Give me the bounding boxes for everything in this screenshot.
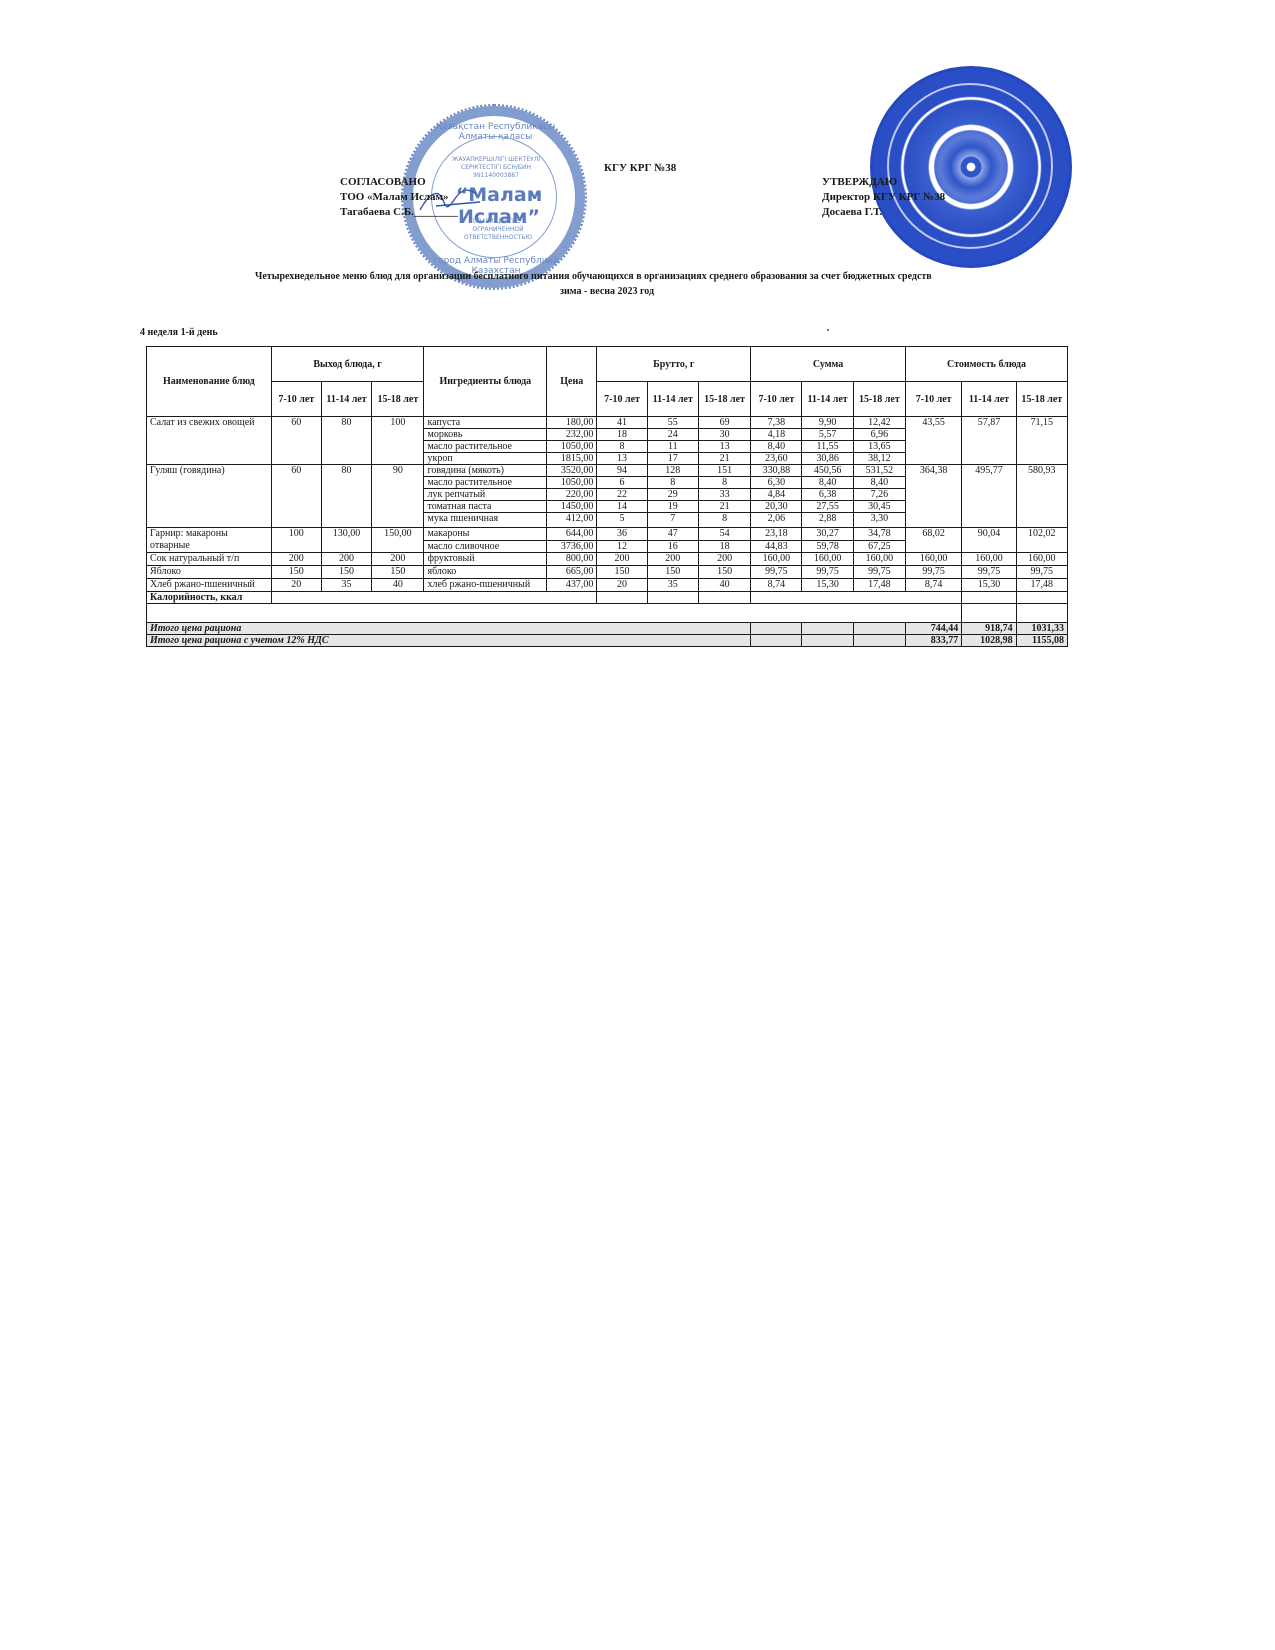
header-gross: Брутто, г bbox=[597, 347, 751, 382]
total-blank bbox=[853, 623, 905, 635]
ingredient-gross: 12 bbox=[597, 540, 647, 553]
ingredient-name: морковь bbox=[424, 429, 547, 441]
ingredient-sum: 34,78 bbox=[853, 528, 905, 541]
ingredient-gross: 24 bbox=[647, 429, 698, 441]
ingredient-sum: 99,75 bbox=[751, 566, 802, 579]
dish-cost: 8,74 bbox=[906, 579, 962, 592]
ingredient-gross: 150 bbox=[597, 566, 647, 579]
table-row: Яблоко150150150яблоко665,0015015015099,7… bbox=[147, 566, 1068, 579]
week-day-label: 4 неделя 1-й день bbox=[140, 327, 218, 338]
ingredient-gross: 40 bbox=[698, 579, 750, 592]
calories-gross-cell bbox=[597, 592, 647, 604]
ingredient-sum: 2,06 bbox=[751, 513, 802, 528]
ingredient-gross: 7 bbox=[647, 513, 698, 528]
ingredient-gross: 6 bbox=[597, 477, 647, 489]
total-value: 1028,98 bbox=[962, 635, 1016, 647]
dish-output: 200 bbox=[271, 553, 321, 566]
spacer-row bbox=[147, 604, 1068, 623]
dish-output: 35 bbox=[321, 579, 371, 592]
ingredient-sum: 99,75 bbox=[853, 566, 905, 579]
dish-output: 100 bbox=[271, 528, 321, 553]
ingredient-sum: 6,96 bbox=[853, 429, 905, 441]
dish-cost: 90,04 bbox=[962, 528, 1016, 553]
ingredient-sum: 23,18 bbox=[751, 528, 802, 541]
dish-cost: 68,02 bbox=[906, 528, 962, 553]
ingredient-name: капуста bbox=[424, 417, 547, 429]
dish-name: Сок натуральный т/п bbox=[147, 553, 272, 566]
ingredient-name: томатная паста bbox=[424, 501, 547, 513]
ingredient-sum: 160,00 bbox=[802, 553, 853, 566]
ingredient-gross: 13 bbox=[597, 453, 647, 465]
ingredient-gross: 33 bbox=[698, 489, 750, 501]
ingredient-gross: 14 bbox=[597, 501, 647, 513]
ingredient-sum: 30,45 bbox=[853, 501, 905, 513]
ingredient-name: масло сливочное bbox=[424, 540, 547, 553]
ingredient-sum: 8,40 bbox=[802, 477, 853, 489]
dish-cost: 15,30 bbox=[962, 579, 1016, 592]
ingredient-name: хлеб ржано-пшеничный bbox=[424, 579, 547, 592]
ingredient-sum: 15,30 bbox=[802, 579, 853, 592]
table-row: Салат из свежих овощей6080100капуста180,… bbox=[147, 417, 1068, 429]
header-sum: Сумма bbox=[751, 347, 906, 382]
total-value: 918,74 bbox=[962, 623, 1016, 635]
ingredient-sum: 450,56 bbox=[802, 465, 853, 477]
ingredient-gross: 8 bbox=[597, 441, 647, 453]
dish-output: 150 bbox=[372, 566, 424, 579]
ingredient-price: 665,00 bbox=[547, 566, 597, 579]
ingredient-sum: 160,00 bbox=[751, 553, 802, 566]
ingredient-sum: 17,48 bbox=[853, 579, 905, 592]
ingredient-sum: 7,38 bbox=[751, 417, 802, 429]
ingredient-sum: 4,18 bbox=[751, 429, 802, 441]
scan-speck bbox=[827, 329, 829, 331]
ingredient-name: яблоко bbox=[424, 566, 547, 579]
header-output: Выход блюда, г bbox=[271, 347, 424, 382]
ingredient-price: 232,00 bbox=[547, 429, 597, 441]
ingredient-gross: 150 bbox=[647, 566, 698, 579]
header-age: 7-10 лет bbox=[271, 382, 321, 417]
ingredient-gross: 150 bbox=[698, 566, 750, 579]
ingredient-price: 437,00 bbox=[547, 579, 597, 592]
ingredient-gross: 200 bbox=[647, 553, 698, 566]
total-blank bbox=[751, 635, 802, 647]
document-subtitle: зима - весна 2023 год bbox=[560, 286, 654, 297]
ingredient-gross: 8 bbox=[698, 513, 750, 528]
dish-output: 80 bbox=[321, 465, 371, 528]
ingredient-gross: 41 bbox=[597, 417, 647, 429]
ingredient-gross: 13 bbox=[698, 441, 750, 453]
total-label: Итого цена рациона bbox=[147, 623, 751, 635]
ingredient-sum: 30,86 bbox=[802, 453, 853, 465]
ingredient-gross: 21 bbox=[698, 501, 750, 513]
ingredient-gross: 151 bbox=[698, 465, 750, 477]
total-blank bbox=[853, 635, 905, 647]
agreed-org: ТОО «Малам Ислам» bbox=[340, 190, 458, 205]
header-age: 7-10 лет bbox=[597, 382, 647, 417]
header-cost: Стоимость блюда bbox=[906, 347, 1068, 382]
approved-person: Досаева Г.Т. bbox=[822, 205, 945, 220]
dish-output: 60 bbox=[271, 417, 321, 465]
ingredient-price: 644,00 bbox=[547, 528, 597, 541]
ingredient-price: 1050,00 bbox=[547, 441, 597, 453]
ingredient-sum: 38,12 bbox=[853, 453, 905, 465]
ingredient-sum: 99,75 bbox=[802, 566, 853, 579]
ingredient-sum: 5,57 bbox=[802, 429, 853, 441]
dish-cost: 102,02 bbox=[1016, 528, 1067, 553]
ingredient-gross: 128 bbox=[647, 465, 698, 477]
ingredient-name: мука пшеничная bbox=[424, 513, 547, 528]
ingredient-sum: 3,30 bbox=[853, 513, 905, 528]
dish-name: Салат из свежих овощей bbox=[147, 417, 272, 465]
ingredient-sum: 13,65 bbox=[853, 441, 905, 453]
calories-cost-cell bbox=[1016, 592, 1067, 604]
ingredient-name: говядина (мякоть) bbox=[424, 465, 547, 477]
dish-cost: 160,00 bbox=[906, 553, 962, 566]
ingredient-name: укроп bbox=[424, 453, 547, 465]
agreed-person: Тагабаева С.Б.________ bbox=[340, 205, 458, 220]
table-row: Гарнир: макароны отварные100130,00150,00… bbox=[147, 528, 1068, 541]
dish-cost: 17,48 bbox=[1016, 579, 1067, 592]
ingredient-price: 1050,00 bbox=[547, 477, 597, 489]
calories-row: Калорийность, ккал bbox=[147, 592, 1068, 604]
ingredient-price: 180,00 bbox=[547, 417, 597, 429]
ingredient-sum: 27,55 bbox=[802, 501, 853, 513]
header-age: 11-14 лет bbox=[647, 382, 698, 417]
ingredient-name: фруктовый bbox=[424, 553, 547, 566]
header-age: 15-18 лет bbox=[853, 382, 905, 417]
approved-label: УТВЕРЖДАЮ bbox=[822, 175, 945, 190]
header-age: 7-10 лет bbox=[751, 382, 802, 417]
age-header-row: 7-10 лет11-14 лет15-18 лет7-10 лет11-14 … bbox=[147, 382, 1068, 417]
dish-output: 200 bbox=[321, 553, 371, 566]
ingredient-gross: 94 bbox=[597, 465, 647, 477]
dish-cost: 99,75 bbox=[1016, 566, 1067, 579]
ingredient-gross: 18 bbox=[597, 429, 647, 441]
ingredient-name: лук репчатый bbox=[424, 489, 547, 501]
school-name: КГУ КРГ №38 bbox=[604, 161, 676, 176]
calories-gross-cell bbox=[647, 592, 698, 604]
calories-cost-cell bbox=[962, 592, 1016, 604]
dish-name: Хлеб ржано-пшеничный bbox=[147, 579, 272, 592]
total-value: 744,44 bbox=[906, 623, 962, 635]
ingredient-sum: 4,84 bbox=[751, 489, 802, 501]
dish-cost: 580,93 bbox=[1016, 465, 1067, 528]
total-value: 1155,08 bbox=[1016, 635, 1067, 647]
calories-blank bbox=[271, 592, 597, 604]
dish-output: 40 bbox=[372, 579, 424, 592]
total-row: Итого цена рациона с учетом 12% НДС833,7… bbox=[147, 635, 1068, 647]
ingredient-sum: 7,26 bbox=[853, 489, 905, 501]
ingredient-sum: 531,52 bbox=[853, 465, 905, 477]
dish-output: 60 bbox=[271, 465, 321, 528]
total-blank bbox=[802, 635, 853, 647]
total-label: Итого цена рациона с учетом 12% НДС bbox=[147, 635, 751, 647]
spacer-cell bbox=[1016, 604, 1067, 623]
calories-label: Калорийность, ккал bbox=[147, 592, 272, 604]
ingredient-name: масло растительное bbox=[424, 441, 547, 453]
ingredient-sum: 9,90 bbox=[802, 417, 853, 429]
ingredient-gross: 30 bbox=[698, 429, 750, 441]
approval-left-block: СОГЛАСОВАНО ТОО «Малам Ислам» Тагабаева … bbox=[340, 175, 458, 220]
dish-cost: 57,87 bbox=[962, 417, 1016, 465]
ingredient-sum: 12,42 bbox=[853, 417, 905, 429]
menu-table: Наименование блюд Выход блюда, г Ингреди… bbox=[146, 346, 1068, 647]
ingredient-sum: 67,25 bbox=[853, 540, 905, 553]
dish-output: 200 bbox=[372, 553, 424, 566]
dish-output: 150 bbox=[271, 566, 321, 579]
ingredient-gross: 69 bbox=[698, 417, 750, 429]
dish-cost: 495,77 bbox=[962, 465, 1016, 528]
header-age: 15-18 лет bbox=[1016, 382, 1067, 417]
ingredient-gross: 17 bbox=[647, 453, 698, 465]
ingredient-gross: 29 bbox=[647, 489, 698, 501]
ingredient-gross: 19 bbox=[647, 501, 698, 513]
ingredient-gross: 16 bbox=[647, 540, 698, 553]
ingredient-gross: 5 bbox=[597, 513, 647, 528]
ingredient-sum: 30,27 bbox=[802, 528, 853, 541]
header-age: 15-18 лет bbox=[698, 382, 750, 417]
ingredient-price: 3736,00 bbox=[547, 540, 597, 553]
dish-name: Гарнир: макароны отварные bbox=[147, 528, 272, 553]
ingredient-gross: 200 bbox=[698, 553, 750, 566]
dish-cost: 364,38 bbox=[906, 465, 962, 528]
ingredient-gross: 36 bbox=[597, 528, 647, 541]
ingredient-sum: 6,38 bbox=[802, 489, 853, 501]
ingredient-sum: 330,88 bbox=[751, 465, 802, 477]
ingredient-price: 1815,00 bbox=[547, 453, 597, 465]
ingredient-sum: 160,00 bbox=[853, 553, 905, 566]
header-price: Цена bbox=[547, 347, 597, 417]
dish-name: Гуляш (говядина) bbox=[147, 465, 272, 528]
ingredient-sum: 8,40 bbox=[853, 477, 905, 489]
ingredient-sum: 8,74 bbox=[751, 579, 802, 592]
approved-position: Директор КГУ КРГ №38 bbox=[822, 190, 945, 205]
ingredient-gross: 8 bbox=[698, 477, 750, 489]
ingredient-sum: 59,78 bbox=[802, 540, 853, 553]
ingredient-sum: 20,30 bbox=[751, 501, 802, 513]
total-value: 1031,33 bbox=[1016, 623, 1067, 635]
calories-gross-cell bbox=[698, 592, 750, 604]
table-row: Сок натуральный т/п200200200фруктовый800… bbox=[147, 553, 1068, 566]
spacer-cell bbox=[962, 604, 1016, 623]
dish-cost: 99,75 bbox=[906, 566, 962, 579]
ingredient-gross: 21 bbox=[698, 453, 750, 465]
ingredient-price: 3520,00 bbox=[547, 465, 597, 477]
dish-cost: 43,55 bbox=[906, 417, 962, 465]
ingredient-price: 412,00 bbox=[547, 513, 597, 528]
dish-output: 130,00 bbox=[321, 528, 371, 553]
ingredient-name: масло растительное bbox=[424, 477, 547, 489]
ingredient-gross: 35 bbox=[647, 579, 698, 592]
ingredient-gross: 20 bbox=[597, 579, 647, 592]
dish-cost: 99,75 bbox=[962, 566, 1016, 579]
ingredient-gross: 55 bbox=[647, 417, 698, 429]
total-blank bbox=[802, 623, 853, 635]
ingredient-gross: 22 bbox=[597, 489, 647, 501]
table-row: Гуляш (говядина)608090говядина (мякоть)3… bbox=[147, 465, 1068, 477]
approval-right-block: УТВЕРЖДАЮ Директор КГУ КРГ №38 Досаева Г… bbox=[822, 175, 945, 220]
header-age: 7-10 лет bbox=[906, 382, 962, 417]
header-dish: Наименование блюд bbox=[147, 347, 272, 417]
calories-sum-cell bbox=[751, 592, 962, 604]
ingredient-price: 800,00 bbox=[547, 553, 597, 566]
total-row: Итого цена рациона744,44918,741031,33 bbox=[147, 623, 1068, 635]
ingredient-gross: 47 bbox=[647, 528, 698, 541]
ingredient-gross: 18 bbox=[698, 540, 750, 553]
ingredient-price: 220,00 bbox=[547, 489, 597, 501]
dish-cost: 71,15 bbox=[1016, 417, 1067, 465]
ingredient-sum: 2,88 bbox=[802, 513, 853, 528]
header-age: 15-18 лет bbox=[372, 382, 424, 417]
spacer-cell bbox=[147, 604, 962, 623]
total-value: 833,77 bbox=[906, 635, 962, 647]
agreed-label: СОГЛАСОВАНО bbox=[340, 175, 458, 190]
header-ingredients: Ингредиенты блюда bbox=[424, 347, 547, 417]
ingredient-sum: 8,40 bbox=[751, 441, 802, 453]
ingredient-sum: 23,60 bbox=[751, 453, 802, 465]
dish-output: 100 bbox=[372, 417, 424, 465]
ingredient-gross: 11 bbox=[647, 441, 698, 453]
ingredient-sum: 44,83 bbox=[751, 540, 802, 553]
ingredient-gross: 8 bbox=[647, 477, 698, 489]
dish-cost: 160,00 bbox=[1016, 553, 1067, 566]
dish-output: 80 bbox=[321, 417, 371, 465]
header-age: 11-14 лет bbox=[962, 382, 1016, 417]
ingredient-sum: 6,30 bbox=[751, 477, 802, 489]
ingredient-gross: 54 bbox=[698, 528, 750, 541]
ingredient-gross: 200 bbox=[597, 553, 647, 566]
table-row: Хлеб ржано-пшеничный203540хлеб ржано-пше… bbox=[147, 579, 1068, 592]
ingredient-name: макароны bbox=[424, 528, 547, 541]
dish-name: Яблоко bbox=[147, 566, 272, 579]
header-age: 11-14 лет bbox=[321, 382, 371, 417]
total-blank bbox=[751, 623, 802, 635]
dish-output: 150,00 bbox=[372, 528, 424, 553]
ingredient-sum: 11,55 bbox=[802, 441, 853, 453]
dish-cost: 160,00 bbox=[962, 553, 1016, 566]
header-age: 11-14 лет bbox=[802, 382, 853, 417]
ingredient-price: 1450,00 bbox=[547, 501, 597, 513]
dish-output: 20 bbox=[271, 579, 321, 592]
dish-output: 90 bbox=[372, 465, 424, 528]
school-name-block: КГУ КРГ №38 bbox=[604, 161, 676, 176]
document-title: Четырехнедельное меню блюд для организац… bbox=[255, 270, 955, 284]
dish-output: 150 bbox=[321, 566, 371, 579]
